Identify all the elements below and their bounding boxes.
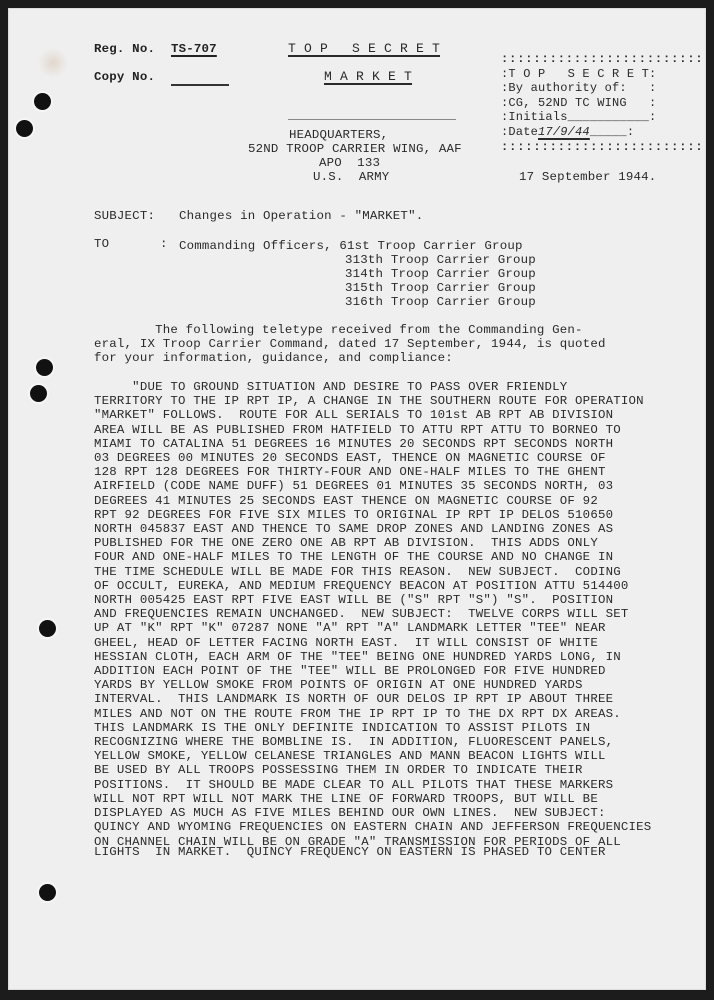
stamp-border-top: ::::::::::::::::::::::::: [501, 52, 704, 67]
teletype-line: AIRFIELD (CODE NAME DUFF) 51 DEGREES 01 … [94, 479, 651, 493]
codeword-heading: M A R K E T [324, 70, 412, 84]
stamp-authority-value: :CG, 52ND TC WING : [501, 96, 704, 111]
teletype-line: QUINCY AND WYOMING FREQUENCIES ON EASTER… [94, 820, 651, 834]
copy-number-label: Copy No. [94, 70, 155, 84]
teletype-line: NORTH 005425 EAST RPT FIVE EAST WILL BE … [94, 593, 651, 607]
to-colon: : [160, 237, 168, 251]
teletype-line: RPT 92 DEGREES FOR FIVE SIX MILES TO ORI… [94, 508, 651, 522]
teletype-line: THE TIME SCHEDULE WILL BE MADE FOR THIS … [94, 565, 651, 579]
teletype-line: HESSIAN CLOTH, EACH ARM OF THE "TEE" BEI… [94, 650, 651, 664]
stamp-date-row: :Date17/9/44_____: [501, 125, 704, 140]
binder-hole [34, 93, 51, 110]
to-recipient: 314th Troop Carrier Group [345, 267, 536, 281]
intro-line: for your information, guidance, and comp… [94, 351, 453, 365]
teletype-line: GHEEL, HEAD OF LETTER FACING NORTH EAST.… [94, 636, 651, 650]
teletype-line: OF OCCULT, EUREKA, AND MEDIUM FREQUENCY … [94, 579, 651, 593]
teletype-line: ADDITION EACH POINT OF THE "TEE" WILL BE… [94, 664, 651, 678]
to-recipient: 316th Troop Carrier Group [345, 295, 536, 309]
binder-hole [39, 620, 56, 637]
binder-hole [36, 359, 53, 376]
struck-line [288, 119, 456, 120]
teletype-line: POSITIONS. IT SHOULD BE MADE CLEAR TO AL… [94, 778, 651, 792]
teletype-line: THIS LANDMARK IS THE ONLY DEFINITE INDIC… [94, 721, 651, 735]
teletype-line: "DUE TO GROUND SITUATION AND DESIRE TO P… [94, 380, 651, 394]
binder-hole [39, 884, 56, 901]
stamp-date-value: 17/9/44 [538, 125, 590, 139]
hq-line-2: 52ND TROOP CARRIER WING, AAF [248, 142, 462, 156]
teletype-line: DEGREES 41 MINUTES 25 SECONDS EAST THENC… [94, 494, 651, 508]
binder-hole [16, 120, 33, 137]
teletype-body: "DUE TO GROUND SITUATION AND DESIRE TO P… [94, 380, 651, 859]
teletype-line: LIGHTS IN MARKET. QUINCY FREQUENCY ON EA… [94, 845, 651, 859]
hq-line-4: U.S. ARMY [313, 170, 389, 184]
teletype-line: 03 DEGREES 00 MINUTES 20 SECONDS EAST, T… [94, 451, 651, 465]
teletype-line: WILL NOT RPT WILL NOT MARK THE LINE OF F… [94, 792, 651, 806]
stamp-authority: :By authority of: : [501, 81, 704, 96]
teletype-line: NORTH 045837 EAST AND THENCE TO SAME DRO… [94, 522, 651, 536]
classification-stamp: ::::::::::::::::::::::::: :T O P S E C R… [501, 52, 704, 154]
to-label: TO [94, 237, 109, 251]
stamp-title: :T O P S E C R E T: [501, 67, 704, 82]
teletype-line: RECOGNIZING WHERE THE BOMBLINE IS. IN AD… [94, 735, 651, 749]
reg-number-label: Reg. No. [94, 42, 155, 56]
teletype-line: MILES AND NOT ON THE ROUTE FROM THE IP R… [94, 707, 651, 721]
stamp-border-bottom: ::::::::::::::::::::::::: [501, 140, 704, 155]
to-recipient: Commanding Officers, 61st Troop Carrier … [179, 239, 523, 253]
teletype-line: 128 RPT 128 DEGREES FOR THIRTY-FOUR AND … [94, 465, 651, 479]
teletype-line: MIAMI TO CATALINA 51 DEGREES 16 MINUTES … [94, 437, 651, 451]
paper-stain [38, 48, 68, 78]
subject-value: Changes in Operation - "MARKET". [179, 209, 423, 223]
reg-number-value: TS-707 [171, 42, 217, 56]
teletype-line: AREA WILL BE AS PUBLISHED FROM HATFIELD … [94, 423, 651, 437]
teletype-line: YELLOW SMOKE, YELLOW CELANESE TRIANGLES … [94, 749, 651, 763]
classification-heading: T O P S E C R E T [288, 42, 440, 56]
document-date: 17 September 1944. [519, 170, 656, 184]
stamp-date-label: :Date [501, 125, 538, 139]
teletype-line: PUBLISHED FOR THE ONE ZERO ONE AB RPT AB… [94, 536, 651, 550]
binder-hole [30, 385, 47, 402]
teletype-line: INTERVAL. THIS LANDMARK IS NORTH OF OUR … [94, 692, 651, 706]
intro-line: The following teletype received from the… [94, 323, 583, 337]
teletype-line: UP AT "K" RPT "K" 07287 NONE "A" RPT "A"… [94, 621, 651, 635]
stamp-initials: :Initials___________: [501, 110, 704, 125]
copy-number-blank [171, 84, 229, 86]
stamp-date-end: _____: [590, 125, 634, 139]
teletype-line: BE USED BY ALL TROOPS POSSESSING THEM IN… [94, 763, 651, 777]
subject-label: SUBJECT: [94, 209, 155, 223]
hq-line-1: HEADQUARTERS, [289, 128, 388, 142]
to-recipient: 313th Troop Carrier Group [345, 253, 536, 267]
teletype-line: "MARKET" FOLLOWS. ROUTE FOR ALL SERIALS … [94, 408, 651, 422]
hq-line-3: APO 133 [319, 156, 380, 170]
to-recipient: 315th Troop Carrier Group [345, 281, 536, 295]
document-page: Reg. No. TS-707 Copy No. T O P S E C R E… [8, 8, 706, 990]
teletype-line: TERRITORY TO THE IP RPT IP, A CHANGE IN … [94, 394, 651, 408]
teletype-line: YARDS BY YELLOW SMOKE FROM POINTS OF ORI… [94, 678, 651, 692]
teletype-line: AND FREQUENCIES REMAIN UNCHANGED. NEW SU… [94, 607, 651, 621]
teletype-line: FOUR AND ONE-HALF MILES TO THE LENGTH OF… [94, 550, 651, 564]
intro-line: eral, IX Troop Carrier Command, dated 17… [94, 337, 606, 351]
teletype-line: DISPLAYED AS MUCH AS FIVE MILES BEHIND O… [94, 806, 651, 820]
